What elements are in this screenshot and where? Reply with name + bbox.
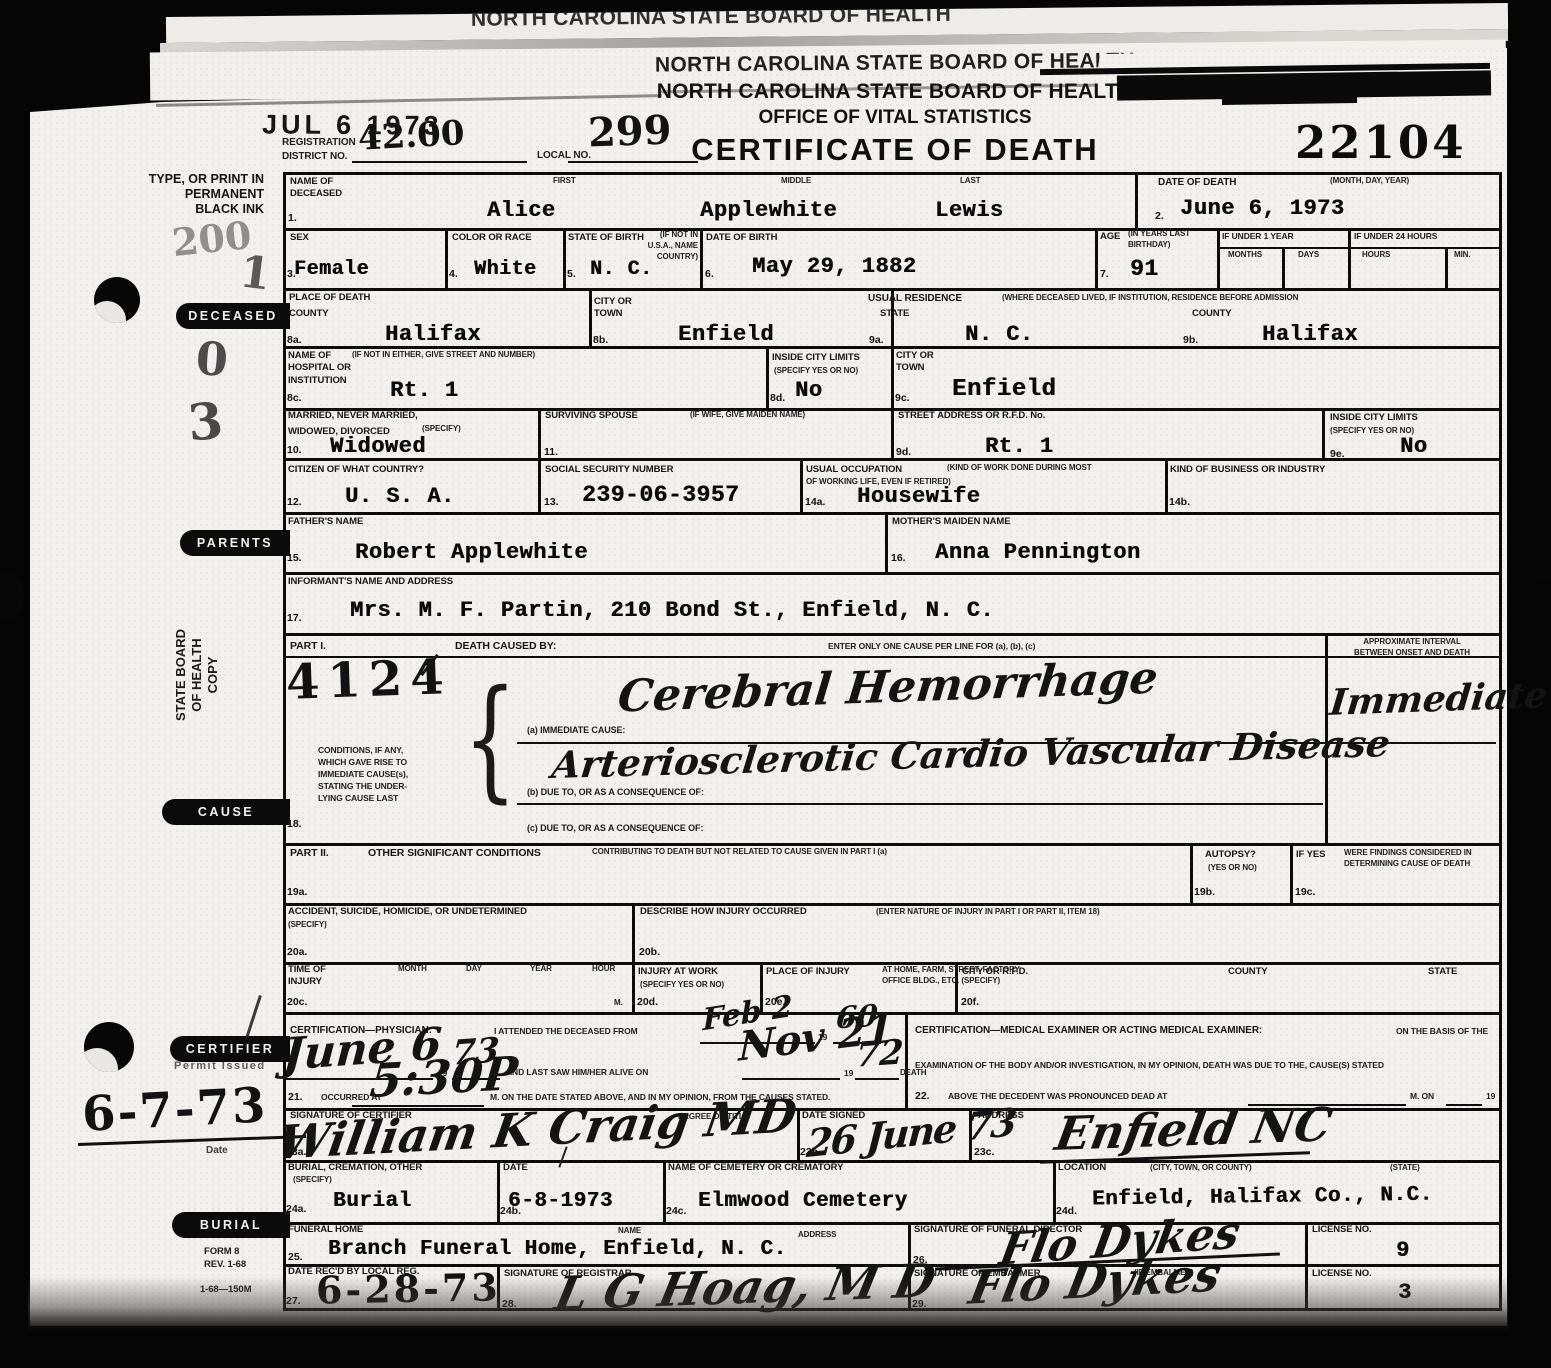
- divider: [1322, 408, 1325, 458]
- part-2-label: PART II.: [290, 847, 329, 861]
- date-of-birth-value: May 29, 1882: [752, 254, 916, 279]
- funeral-home-label: FUNERAL HOME: [288, 1224, 363, 1236]
- race-value: White: [474, 258, 537, 281]
- burial-date-value: 6-8-1973: [508, 1190, 613, 1213]
- item-9a: 9a.: [869, 334, 884, 346]
- item-10: 10.: [287, 444, 302, 456]
- hole-highlight: [94, 301, 126, 323]
- accident-label: ACCIDENT, SUICIDE, HOMICIDE, OR UNDETERM…: [288, 906, 527, 918]
- divider: [632, 962, 635, 1012]
- tab-cause: CAUSE: [162, 799, 290, 825]
- divider: [891, 408, 894, 458]
- divider: [286, 228, 1499, 231]
- year-19: 19: [844, 1068, 853, 1079]
- item-8c: 8c.: [287, 392, 302, 404]
- first-label: FIRST: [553, 176, 576, 187]
- time-of-injury-label: TIME OF INJURY: [288, 964, 326, 989]
- bottom-scan-shadow: [28, 1276, 1508, 1332]
- item-16: 16.: [891, 552, 906, 564]
- item-8d: 8d.: [770, 392, 785, 404]
- middle-label: MIDDLE: [781, 176, 811, 187]
- divider: [885, 512, 888, 572]
- accident-note: (SPECIFY): [288, 920, 327, 931]
- divider: [766, 346, 769, 408]
- divider: [286, 1160, 1499, 1163]
- autopsy-note: (YES OR NO): [1208, 863, 1257, 874]
- divider: [1290, 843, 1293, 903]
- hospital-label: NAME OF HOSPITAL OR INSTITUTION: [288, 350, 351, 387]
- divider: [1348, 228, 1351, 288]
- burial-date-label: DATE: [503, 1162, 528, 1174]
- item-1: 1.: [288, 212, 297, 224]
- license-no-value: 9: [1396, 1238, 1410, 1263]
- item-20b: 20b.: [639, 946, 660, 958]
- age-value: 91: [1130, 256, 1159, 282]
- pod-city-value: Enfield: [678, 322, 774, 347]
- divider: [589, 288, 592, 346]
- residence-inside-city-label: INSIDE CITY LIMITS: [1330, 412, 1418, 424]
- ssn-label: SOCIAL SECURITY NUMBER: [545, 464, 673, 476]
- divider: [286, 843, 1499, 846]
- burial-type-note: (SPECIFY): [293, 1175, 332, 1186]
- scanned-death-certificate: { "scan": { "behind_top_text": "NORTH CA…: [0, 0, 1551, 1368]
- last-name-value: Lewis: [935, 198, 1004, 223]
- ink-instruction: TYPE, OR PRINT IN PERMANENT BLACK INK: [112, 172, 264, 217]
- days-label: DAYS: [1298, 250, 1319, 261]
- inside-city-limits-note: (SPECIFY YES OR NO): [774, 366, 858, 377]
- pencil-note-0: 0: [194, 331, 230, 387]
- pod-city-label: CITY OR TOWN: [594, 296, 632, 321]
- death-caused-by-label: DEATH CAUSED BY:: [455, 640, 556, 654]
- residence-city-value: Enfield: [952, 376, 1056, 403]
- usual-residence-note: (WHERE DECEASED LIVED, IF INSTITUTION, R…: [1002, 293, 1298, 304]
- item-7: 7.: [1100, 268, 1109, 280]
- date-of-death-label: DATE OF DEATH: [1158, 176, 1236, 189]
- date-of-birth-label: DATE OF BIRTH: [706, 232, 777, 244]
- divider: [563, 228, 566, 288]
- exam-note: EXAMINATION OF THE BODY AND/OR INVESTIGA…: [915, 1060, 1384, 1071]
- divider: [905, 1012, 908, 1108]
- under-1-year-label: IF UNDER 1 YEAR: [1222, 231, 1294, 242]
- interval-label: APPROXIMATE INTERVAL BETWEEN ONSET AND D…: [1332, 637, 1492, 659]
- divider: [1095, 228, 1098, 288]
- license-no-label: LICENSE NO.: [1312, 1224, 1372, 1236]
- divider: [1282, 247, 1285, 288]
- item-11: 11.: [544, 446, 558, 458]
- divider: [286, 572, 1499, 575]
- interval-handwritten: Immediate: [1328, 674, 1550, 724]
- name-of-deceased-label: NAME OF DECEASED: [290, 176, 342, 201]
- m-on-label: M. ON: [1410, 1091, 1434, 1102]
- business-label: KIND OF BUSINESS OR INDUSTRY: [1170, 464, 1325, 476]
- year-19: 19: [1486, 1091, 1495, 1102]
- burial-location-note: (CITY, TOWN, OR COUNTY): [1150, 1163, 1252, 1174]
- hospital-value: Rt. 1: [390, 378, 459, 403]
- item-9e: 9e.: [1330, 448, 1345, 460]
- divider: [1445, 247, 1448, 288]
- permit-date-handwritten: 6-7-73: [81, 1077, 269, 1143]
- divider: [700, 228, 703, 288]
- part-2-title: OTHER SIGNIFICANT CONDITIONS: [368, 847, 541, 861]
- certifier-address-label: ADDRESS: [978, 1110, 1024, 1122]
- citizen-label: CITIZEN OF WHAT COUNTRY?: [288, 464, 424, 476]
- pencil-note-1: 1: [237, 246, 274, 300]
- header-org: NORTH CAROLINA STATE BOARD OF HEALTH: [610, 80, 1180, 104]
- findings-note: WERE FINDINGS CONSIDERED IN DETERMINING …: [1344, 848, 1472, 870]
- city-rfd-label: CITY OR R.F.D.: [962, 966, 1028, 978]
- usual-residence-label: USUAL RESIDENCE: [868, 292, 962, 305]
- occupation-value: Housewife: [857, 484, 980, 509]
- hour-label: HOUR: [592, 964, 615, 975]
- behind-page-clipped-title: NORTH CAROLINA STATE BOARD OF HEALTH: [471, 3, 951, 32]
- burial-location-label: LOCATION: [1058, 1162, 1106, 1174]
- state-of-birth-label: STATE OF BIRTH: [568, 232, 644, 244]
- registration-district-value: 42.00: [357, 113, 465, 159]
- residence-state-value: N. C.: [965, 322, 1034, 347]
- tab-burial: BURIAL: [172, 1212, 290, 1238]
- conditions-brace: {: [463, 674, 516, 806]
- divider: [286, 656, 1499, 658]
- father-name-label: FATHER'S NAME: [288, 516, 363, 528]
- residence-county-label: COUNTY: [1192, 308, 1232, 320]
- item-19b: 19b.: [1194, 886, 1215, 898]
- attended-label: I ATTENDED THE DECEASED FROM: [494, 1026, 638, 1037]
- burial-type-value: Burial: [333, 1190, 412, 1213]
- item-9c: 9c.: [895, 392, 910, 404]
- sex-value: Female: [294, 258, 369, 281]
- page-title: CERTIFICATE OF DEATH: [610, 132, 1180, 168]
- residence-city-label: CITY OR TOWN: [896, 350, 934, 375]
- inside-city-limits-value: No: [795, 378, 822, 403]
- divider: [538, 408, 541, 458]
- divider: [286, 458, 1499, 461]
- item-12: 12.: [287, 496, 302, 508]
- item-24a: 24a.: [286, 1203, 306, 1215]
- street-address-label: STREET ADDRESS OR R.F.D. No.: [898, 410, 1045, 422]
- conditions-note: CONDITIONS, IF ANY, WHICH GAVE RISE TO I…: [318, 744, 408, 804]
- item-9d: 9d.: [896, 446, 911, 458]
- father-name-value: Robert Applewhite: [355, 540, 588, 565]
- m-label: M.: [614, 998, 623, 1009]
- cause-code-handwritten: 4124: [285, 649, 452, 711]
- basis-label: ON THE BASIS OF THE: [1396, 1026, 1488, 1037]
- year-label: YEAR: [530, 964, 552, 975]
- item-19a: 19a.: [287, 886, 307, 898]
- item-6: 6.: [705, 268, 714, 280]
- hours-label: HOURS: [1362, 250, 1390, 261]
- date-of-death-value: June 6, 1973: [1180, 196, 1344, 221]
- item-2: 2.: [1155, 210, 1164, 222]
- burial-location-value: Enfield, Halifax Co., N.C.: [1092, 1184, 1433, 1212]
- item-20f: 20f.: [961, 996, 979, 1008]
- item-8a: 8a.: [287, 334, 302, 346]
- divider: [286, 633, 1499, 636]
- copy-designation: STATE BOARD OF HEALTH COPY: [122, 600, 272, 750]
- registration-district-label: REGISTRATION DISTRICT NO.: [282, 136, 356, 163]
- injury-state-label: STATE: [1428, 966, 1457, 978]
- injury-at-work-label: INJURY AT WORK: [638, 966, 718, 978]
- item-25: 25.: [288, 1251, 303, 1263]
- burial-type-label: BURIAL, CREMATION, OTHER: [288, 1162, 422, 1174]
- item-5: 5.: [567, 268, 576, 280]
- informant-label: INFORMANT'S NAME AND ADDRESS: [288, 576, 453, 588]
- state-of-birth-value: N. C.: [590, 258, 653, 281]
- item-21: 21.: [288, 1091, 303, 1103]
- if-yes-label: IF YES: [1296, 849, 1325, 861]
- burial-location-note-2: (STATE): [1390, 1163, 1420, 1174]
- mother-name-label: MOTHER'S MAIDEN NAME: [892, 516, 1010, 528]
- injury-at-work-note: (SPECIFY YES OR NO): [640, 980, 724, 991]
- marital-status-note: (SPECIFY): [422, 424, 461, 435]
- item-14a: 14a.: [805, 496, 825, 508]
- marital-status-value: Widowed: [330, 434, 426, 459]
- blank-rule: [855, 1078, 899, 1080]
- item-20a: 20a.: [287, 946, 307, 958]
- divider: [632, 903, 635, 962]
- funeral-home-address-note: ADDRESS: [798, 1230, 836, 1241]
- item-22: 22.: [915, 1090, 930, 1102]
- part-2-note: CONTRIBUTING TO DEATH BUT NOT RELATED TO…: [592, 847, 887, 858]
- middle-name-value: Applewhite: [700, 198, 837, 223]
- item-23c: 23c.: [974, 1146, 994, 1158]
- date-of-death-note: (MONTH, DAY, YEAR): [1330, 176, 1409, 187]
- item-14b: 14b.: [1169, 496, 1190, 508]
- item-9b: 9b.: [1183, 334, 1198, 346]
- registration-underline: [352, 161, 527, 163]
- hole-highlight: [84, 1048, 118, 1072]
- pencil-note-3: 3: [185, 391, 225, 453]
- cemetery-value: Elmwood Cemetery: [698, 1190, 908, 1213]
- age-label: AGE: [1100, 231, 1120, 243]
- tab-parents: PARENTS: [180, 530, 290, 556]
- item-17: 17.: [287, 612, 302, 624]
- certification-examiner-label: CERTIFICATION—MEDICAL EXAMINER OR ACTING…: [915, 1024, 1262, 1037]
- date-caption: Date: [206, 1145, 228, 1156]
- hospital-note: (IF NOT IN EITHER, GIVE STREET AND NUMBE…: [352, 350, 535, 361]
- funeral-home-name-note: NAME: [618, 1226, 641, 1237]
- surviving-spouse-note: (IF WIFE, GIVE MAIDEN NAME): [690, 410, 805, 421]
- divider: [1165, 458, 1168, 512]
- item-24c: 24c.: [666, 1205, 686, 1217]
- form-number: FORM 8 REV. 1-68: [204, 1246, 246, 1272]
- divider: [1305, 1222, 1308, 1264]
- funeral-home-value: Branch Funeral Home, Enfield, N. C.: [328, 1238, 787, 1261]
- saw-year-handwritten: 72: [855, 1032, 905, 1076]
- age-note: (IN YEARS LAST BIRTHDAY): [1128, 229, 1190, 251]
- certificate-number: 22104: [1295, 116, 1467, 169]
- header-office: OFFICE OF VITAL STATISTICS: [610, 107, 1180, 129]
- street-address-value: Rt. 1: [985, 434, 1054, 459]
- pronounced-label: ABOVE THE DECEDENT WAS PRONOUNCED DEAD A…: [948, 1091, 1167, 1102]
- sex-label: SEX: [290, 232, 309, 244]
- item-13: 13.: [544, 496, 559, 508]
- item-20c: 20c.: [287, 996, 307, 1008]
- tab-deceased: DECEASED: [176, 303, 290, 329]
- immediate-cause-label: (a) IMMEDIATE CAUSE:: [527, 724, 625, 736]
- item-20d: 20d.: [637, 996, 658, 1008]
- citizen-value: U. S. A.: [345, 484, 455, 509]
- occupation-note-1: (KIND OF WORK DONE DURING MOST: [947, 463, 1092, 474]
- pod-county-label: COUNTY: [289, 308, 329, 320]
- mother-name-value: Anna Pennington: [935, 540, 1141, 565]
- min-label: MIN.: [1454, 250, 1471, 261]
- month-label: MONTH: [398, 964, 427, 975]
- residence-state-label: STATE: [880, 308, 909, 320]
- item-24d: 24d.: [1056, 1205, 1077, 1217]
- divider: [800, 458, 803, 512]
- months-label: MONTHS: [1228, 250, 1262, 261]
- autopsy-label: AUTOPSY?: [1205, 849, 1256, 861]
- blank-rule: [1446, 1104, 1482, 1106]
- item-19c: 19c.: [1295, 886, 1315, 898]
- divider: [1217, 228, 1220, 288]
- pod-county-value: Halifax: [385, 322, 481, 347]
- ssn-value: 239-06-3957: [582, 482, 739, 508]
- place-of-injury-label: PLACE OF INJURY: [766, 966, 850, 978]
- surviving-spouse-label: SURVIVING SPOUSE: [545, 410, 638, 422]
- divider: [286, 512, 1499, 515]
- item-8b: 8b.: [593, 334, 608, 346]
- hole-punch-top: [94, 277, 140, 323]
- divider: [538, 458, 541, 512]
- item-15: 15.: [287, 552, 302, 564]
- due-to-c-label: (c) DUE TO, OR AS A CONSEQUENCE OF:: [527, 822, 703, 834]
- divider: [1217, 247, 1499, 249]
- injury-county-label: COUNTY: [1228, 966, 1268, 978]
- scan-blob-right: [1512, 200, 1551, 580]
- day-label: DAY: [466, 964, 482, 975]
- describe-injury-label: DESCRIBE HOW INJURY OCCURRED: [640, 906, 807, 918]
- divider: [1135, 172, 1138, 228]
- informant-value: Mrs. M. F. Partin, 210 Bond St., Enfield…: [350, 598, 994, 623]
- last-saw-label: AND LAST SAW HIM/HER ALIVE ON: [506, 1067, 648, 1078]
- one-cause-note: ENTER ONLY ONE CAUSE PER LINE FOR (a), (…: [828, 641, 1035, 652]
- residence-county-value: Halifax: [1262, 322, 1358, 347]
- under-24-hours-label: IF UNDER 24 HOURS: [1354, 231, 1437, 242]
- cause-line-b-rule: [517, 803, 1323, 805]
- last-label: LAST: [960, 176, 981, 187]
- part-1-label: PART I.: [290, 640, 326, 654]
- race-label: COLOR OR RACE: [452, 232, 531, 244]
- residence-inside-city-value: No: [1400, 434, 1427, 459]
- occupation-label: USUAL OCCUPATION: [806, 464, 902, 476]
- divider: [445, 228, 448, 288]
- place-of-death-label: PLACE OF DEATH: [289, 292, 370, 304]
- tab-certifier: CERTIFIER: [170, 1036, 290, 1062]
- hole-punch-bottom: [84, 1022, 134, 1072]
- due-to-label: (b) DUE TO, OR AS A CONSEQUENCE OF:: [527, 786, 704, 798]
- item-4: 4.: [449, 268, 458, 280]
- describe-injury-note: (ENTER NATURE OF INJURY IN PART I OR PAR…: [876, 907, 1100, 918]
- cemetery-label: NAME OF CEMETERY OR CREMATORY: [668, 1162, 843, 1174]
- blank-rule: [742, 1078, 840, 1080]
- inside-city-limits-label: INSIDE CITY LIMITS: [772, 352, 860, 364]
- divider: [891, 346, 894, 408]
- first-name-value: Alice: [487, 198, 556, 223]
- divider: [1190, 843, 1193, 903]
- item-18: 18.: [287, 818, 302, 830]
- scan-blob-left: [0, 572, 24, 620]
